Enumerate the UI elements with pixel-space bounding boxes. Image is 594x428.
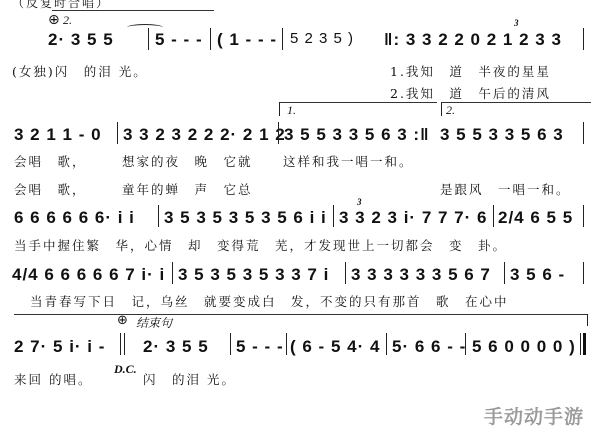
measure-notes: 3 3 3 3 3 3 5 6 7 xyxy=(351,265,491,285)
barline xyxy=(117,122,118,144)
measure-notes: ( 1 - - - xyxy=(217,30,277,50)
barline xyxy=(583,262,584,284)
coda-text: 结束句 xyxy=(136,314,172,331)
volta-1-edge xyxy=(279,102,280,116)
lyrics-line: 当青春写下日 记，乌丝 就要变成白 发，不变的只有那首 歌 在心中 xyxy=(30,292,509,310)
final-barline-thick xyxy=(583,333,586,355)
barline xyxy=(465,333,466,355)
measure-notes: 5 2 3 5 ) xyxy=(290,30,354,47)
barline xyxy=(286,333,287,355)
barline xyxy=(493,205,494,227)
volta-2-label: 2. xyxy=(446,103,455,118)
measure-notes: 3 3 2 3 2 2 2· 2 1 2 xyxy=(123,125,286,145)
coda-bracket xyxy=(14,314,588,315)
barline xyxy=(504,262,505,284)
barline xyxy=(148,28,149,50)
lyrics-line: 闪 的泪 光。 xyxy=(143,370,236,388)
coda-bracket-edge xyxy=(587,314,588,326)
measure-notes: 2· 3 5 5 xyxy=(48,30,114,50)
barline xyxy=(124,333,125,355)
coda-icon: ⊕ xyxy=(117,313,128,328)
measure-notes: 3 5 6 - xyxy=(510,265,565,285)
measure-notes: ( 6 - 5 4· 4 xyxy=(290,337,380,357)
measure-notes: 3 5 3 5 3 5 3 5 6 i i xyxy=(164,208,327,228)
final-barline-thin xyxy=(580,333,581,355)
lyrics-line: 这样和我一唱一和。 xyxy=(283,152,414,170)
lyrics-line: 会唱 歌， xyxy=(14,180,87,198)
watermark-logo: 手动动手游 xyxy=(484,402,584,428)
measure-notes: 5 6 0 0 0 0 ) xyxy=(472,337,576,357)
measure-notes: 2· 3 5 5 xyxy=(143,337,209,357)
barline xyxy=(120,333,121,355)
measure-notes: 6 6 6 6 6 6· i i xyxy=(14,208,135,228)
lyrics-line: 会唱 歌， xyxy=(14,152,87,170)
coda-icon: ⊕ xyxy=(48,12,60,28)
measure-notes: 4/4 6 6 6 6 6 7 i· i xyxy=(12,265,165,285)
barline xyxy=(386,333,387,355)
lyrics-line: 1.我知 道 半夜的星星 xyxy=(390,62,551,80)
barline xyxy=(278,122,279,144)
dc-marking: D.C. xyxy=(114,362,137,377)
barline xyxy=(345,262,346,284)
lyrics-line: 2.我知 道 午后的清风 xyxy=(390,84,551,102)
lyrics-line: 童年的蝉 声 它总 xyxy=(122,180,253,198)
lyrics-line: 是跟风 一唱一和。 xyxy=(440,180,571,198)
measure-notes: ‖: 3 3 2 2 0 2 1 2 3 3 xyxy=(384,30,562,50)
measure-notes: 3 3 2 3 i· 7 7 7· 6 xyxy=(339,208,487,228)
measure-notes: 3 5 3 5 3 5 3 3 7 i xyxy=(178,265,329,285)
barline xyxy=(583,205,584,227)
measure-notes: 3 5 5 3 3 5 6 3 xyxy=(440,125,564,145)
volta-2-bracket xyxy=(441,102,591,103)
measure-notes: 2 7· 5 i· i - xyxy=(14,337,105,357)
barline xyxy=(583,122,584,144)
measure-notes: 5· 6 6 - - xyxy=(392,337,466,357)
volta-2-edge xyxy=(441,102,442,116)
measure-notes: 5 - - - xyxy=(155,30,203,50)
volta-1-bracket xyxy=(279,102,437,103)
coda-number: 2. xyxy=(63,13,72,28)
lyrics-line: 来回 的唱。 xyxy=(14,370,92,388)
measure-notes: 3 2 1 1 - 0 xyxy=(14,125,102,145)
measure-notes: 5 - - - xyxy=(236,337,284,357)
barline xyxy=(172,262,173,284)
measure-notes: 3 5 5 3 3 5 6 3 :‖ xyxy=(284,125,430,145)
barline xyxy=(583,28,584,50)
barline xyxy=(210,28,211,50)
measure-notes: 2/4 6 5 5 xyxy=(498,208,573,228)
barline xyxy=(333,205,334,227)
lyrics-line: 当手中握住繁 华，心情 却 变得荒 芜，才发现世上一切都会 变 卦。 xyxy=(14,236,507,254)
volta-1-label: 1. xyxy=(287,103,296,118)
volta-bracket-top xyxy=(52,10,214,11)
triplet-mark: 3 xyxy=(514,18,519,28)
lyrics-line: (女独)闪 的泪 光。 xyxy=(12,62,148,80)
barline xyxy=(282,28,283,50)
barline xyxy=(230,333,231,355)
barline xyxy=(158,205,159,227)
lyrics-line: 想家的夜 晚 它就 xyxy=(122,152,253,170)
triplet-mark: 3 xyxy=(357,197,362,207)
